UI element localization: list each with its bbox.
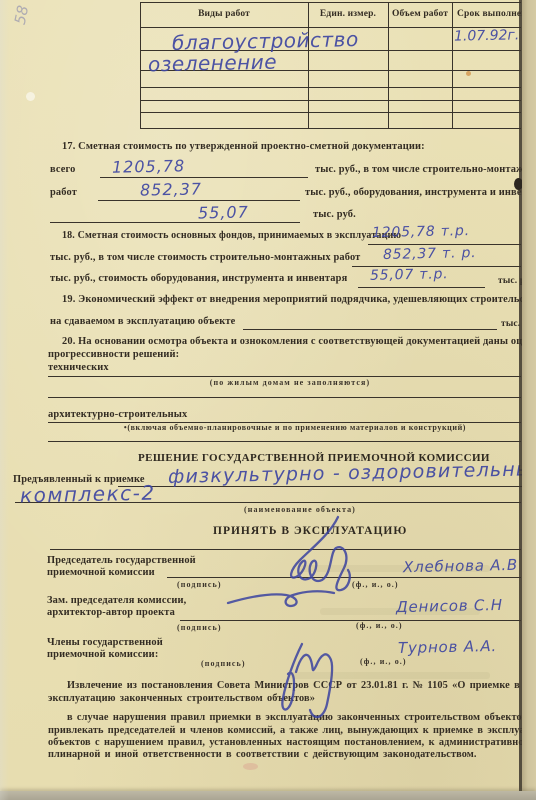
section17-title: 17. Сметная стоимость по утвержденной пр… xyxy=(62,141,425,153)
section20-architectural-label: архитектурно-строительных xyxy=(48,409,187,421)
fill-in-rule xyxy=(100,177,308,178)
stain xyxy=(26,92,35,101)
bleed-through xyxy=(290,672,490,679)
technical-caption: (по жилым домам не заполняются) xyxy=(140,379,440,388)
stain xyxy=(243,763,258,770)
deputy-signature xyxy=(228,591,334,606)
deputy-label-line2: архитектор-автор проекта xyxy=(47,607,175,619)
handwritten-name-deputy: Денисов С.Н xyxy=(396,596,503,616)
handwritten-object-name-2: комплекс-2 xyxy=(20,481,156,508)
object-name-caption: (наименование объекта) xyxy=(200,506,400,515)
handwritten-works-cost: 852,37 xyxy=(140,179,202,199)
section19-line2: на сдаваемом в эксплуатацию объекте xyxy=(50,316,235,328)
extract-paragraph1-line1: Извлечение из постановления Совета Минис… xyxy=(67,680,520,692)
architectural-caption: •(включая объемно-планировочные и по при… xyxy=(110,424,480,433)
scan-margin-right xyxy=(522,0,536,800)
extract-paragraph2-line3: объектов с нарушением правил, установлен… xyxy=(48,737,536,749)
handwritten-equipment-cost: 55,07 xyxy=(198,202,249,222)
section-rule xyxy=(50,549,521,550)
section17-total-label: всего xyxy=(50,164,76,176)
name-caption: (ф., и., о.) xyxy=(352,581,399,590)
name-caption: (ф., и., о.) xyxy=(356,622,403,631)
fill-in-rule xyxy=(48,441,521,442)
section18-line2: тыс. руб., в том числе стоимость строите… xyxy=(50,252,360,264)
table-rule xyxy=(140,87,521,88)
section20-technical-label: технических xyxy=(48,362,109,374)
chairman-label-line1: Председатель государственной xyxy=(47,555,196,567)
handwritten-total-cost: 1205,78 xyxy=(112,156,186,177)
table-rule xyxy=(140,100,521,101)
section17-total-suffix: тыс. руб., в том числе строительно-монта… xyxy=(315,164,536,176)
fill-in-rule xyxy=(48,376,521,377)
chairman-label-line2: приемочной комиссии xyxy=(47,567,155,579)
extract-paragraph2-line4: плинарной и иной ответственности в соотв… xyxy=(48,749,477,761)
scan-margin-left xyxy=(0,0,9,800)
stain xyxy=(466,71,471,76)
signature-rule xyxy=(180,620,521,621)
fill-in-rule xyxy=(243,329,497,330)
signature-caption: (подпись) xyxy=(177,581,222,590)
section20-line2: прогрессивности решений: xyxy=(48,349,179,361)
handwritten-fund-works: 852,37 т. р. xyxy=(383,245,477,263)
corner-page-number: 58 xyxy=(11,4,33,26)
section20-line1: 20. На основании осмотра объекта и ознок… xyxy=(62,336,536,348)
table-rule xyxy=(140,2,141,128)
extract-paragraph1-line2: эксплуатацию законченных строительством … xyxy=(48,693,315,705)
section17-works-label: работ xyxy=(50,187,77,199)
handwritten-deadline-date: 1.07.92г. xyxy=(454,27,520,44)
name-caption: (ф., и., о.) xyxy=(360,658,407,667)
table-rule xyxy=(140,2,521,3)
signature-rule xyxy=(167,577,521,578)
handwritten-name-chairman: Хлебнова А.В xyxy=(403,556,518,576)
deputy-label-line1: Зам. председателя комиссии, xyxy=(47,595,186,607)
table-header-work-types: Виды работ xyxy=(140,9,308,20)
signature-caption: (подпись) xyxy=(177,624,222,633)
members-label-line1: Члены государственной xyxy=(47,637,163,649)
section17-works-suffix: тыс. руб., оборудования, инструмента и и… xyxy=(305,187,536,199)
table-rule xyxy=(308,2,309,128)
fill-in-rule xyxy=(50,222,300,223)
fill-in-rule xyxy=(358,287,485,288)
section17-line3-suffix: тыс. руб. xyxy=(313,209,356,221)
table-header-unit: Един. измер. xyxy=(308,9,388,20)
section18-line3: тыс. руб., стоимость оборудования, инстр… xyxy=(50,273,347,285)
section18-line1: 18. Сметная стоимость основных фондов, п… xyxy=(62,230,401,242)
scan-margin-bottom xyxy=(0,791,536,800)
handwritten-work-entry-2: озеленение xyxy=(148,50,278,77)
extract-paragraph2-line1: в случае нарушения правил приемки в эксп… xyxy=(67,712,527,724)
section19-line1: 19. Экономический эффект от внедрения ме… xyxy=(62,294,536,306)
members-label-line2: приемочной комиссии: xyxy=(47,649,158,661)
table-header-volume: Объем работ xyxy=(388,9,452,20)
fill-in-rule xyxy=(98,200,300,201)
table-rule xyxy=(452,2,453,128)
table-rule xyxy=(388,2,389,128)
handwritten-fund-equipment: 55,07 т.р. xyxy=(370,266,449,284)
scanned-form-page: 58 Виды работ Един. измер. Объем работ С… xyxy=(0,0,536,800)
handwritten-name-member: Турнов А.А. xyxy=(398,637,497,657)
extract-paragraph2-line2: привлекать председателей и членов комисс… xyxy=(48,725,536,737)
table-rule xyxy=(140,128,521,129)
signature-caption: (подпись) xyxy=(201,660,246,669)
accept-heading: ПРИНЯТЬ В ЭКСПЛУАТАЦИЮ xyxy=(213,525,407,538)
fill-in-rule xyxy=(48,397,521,398)
handwritten-fund-total: 1205,78 т.р. xyxy=(372,223,470,241)
table-rule xyxy=(140,112,521,113)
